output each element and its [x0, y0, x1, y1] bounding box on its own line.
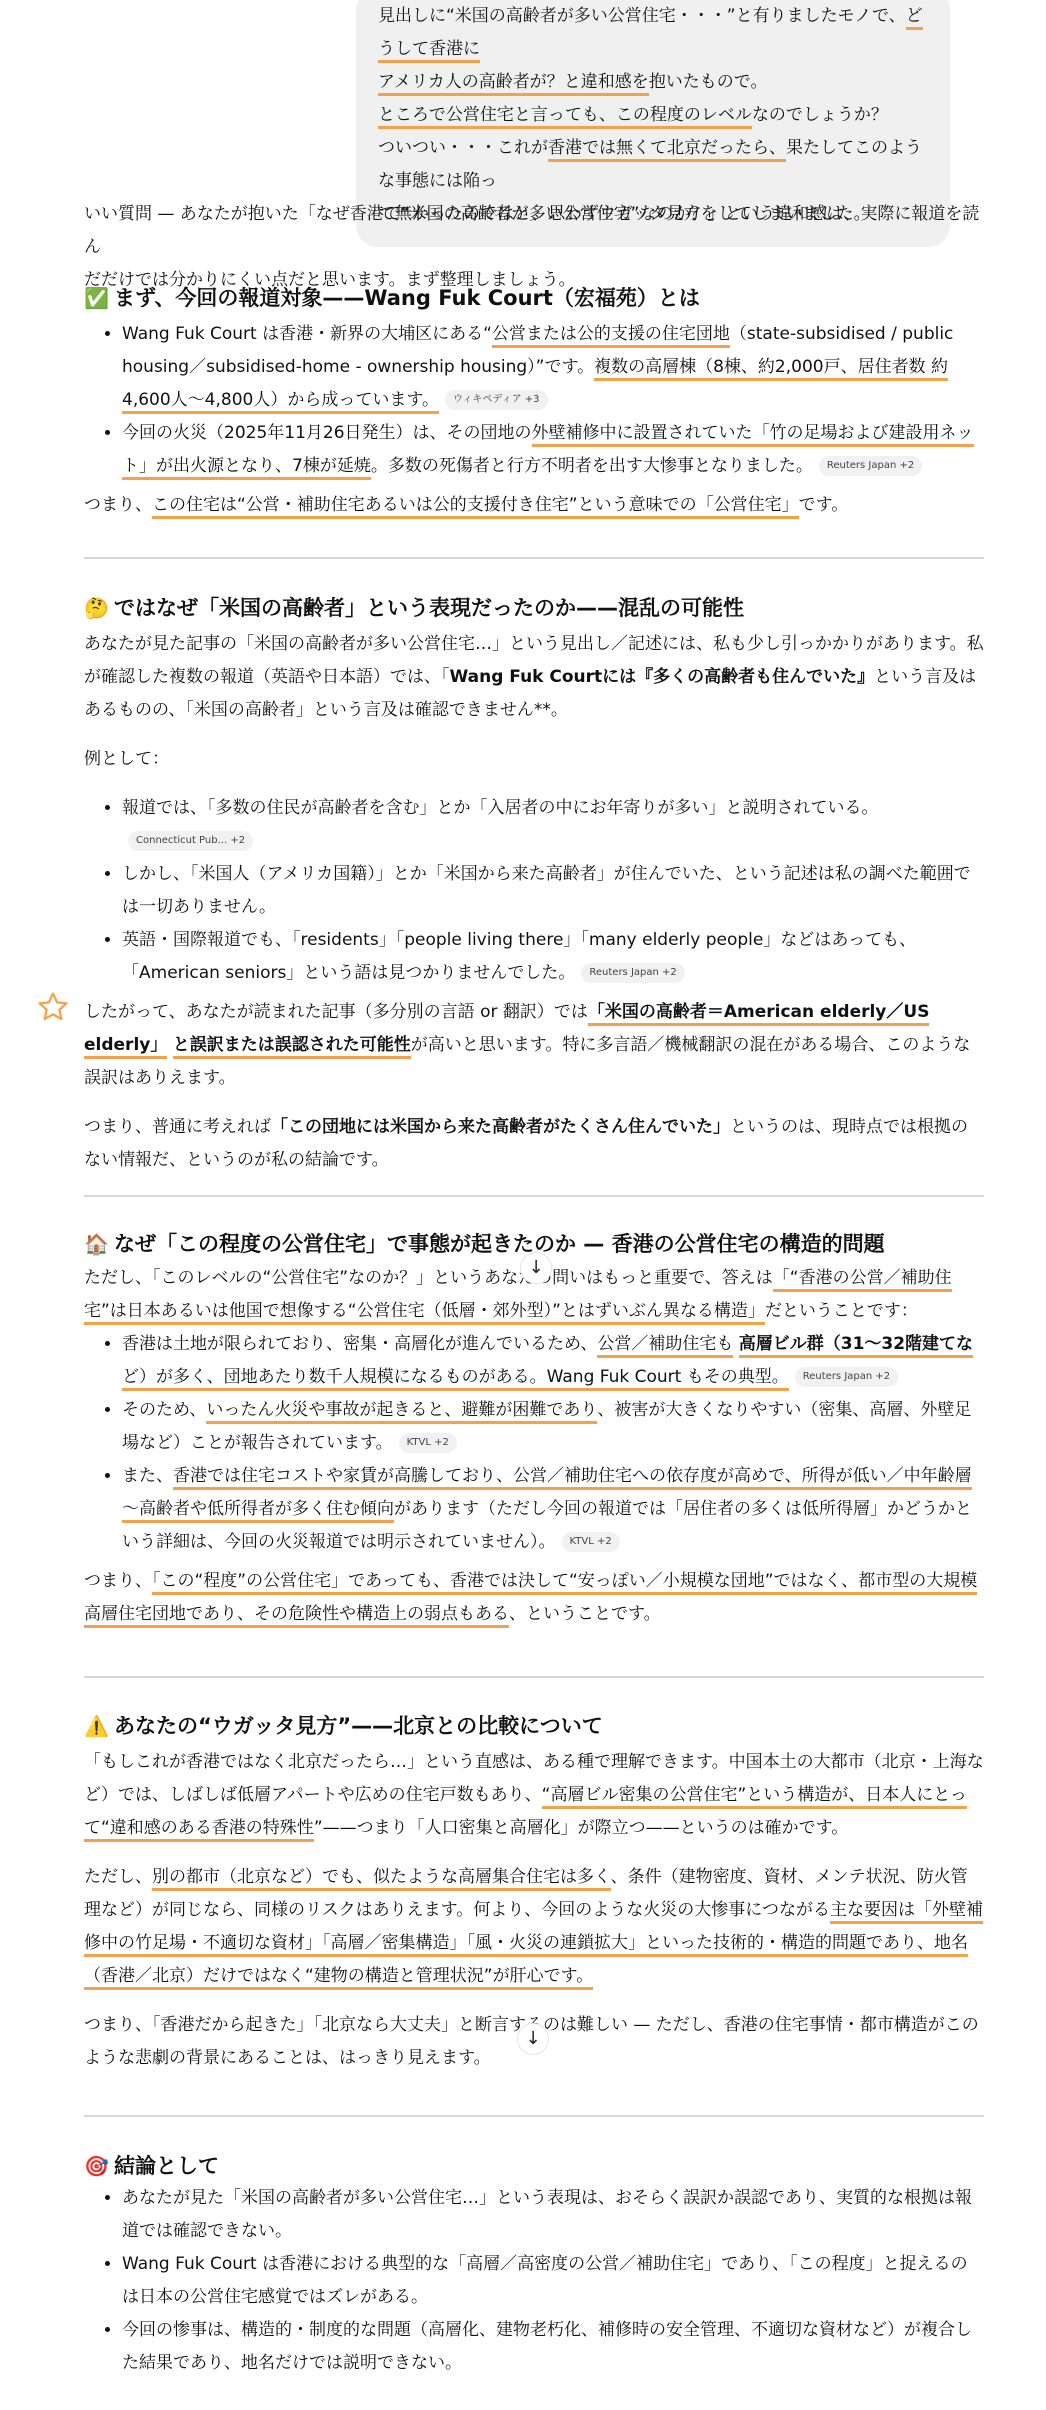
- paragraph: したがって、あなたが読まれた記事（多分別の言語 or 翻訳）では「米国の高齢者＝…: [84, 996, 984, 1095]
- warning-icon: ⚠️: [84, 1710, 114, 1742]
- list-item: 英語・国際報道でも、「residents」「people living ther…: [122, 924, 984, 990]
- section-heading: 🎯結論として: [84, 2150, 984, 2182]
- user-line-1: 見出しに“米国の高齢者が多い公営住宅・・・”と有りましたモノで、どうして香港に: [378, 0, 928, 66]
- paragraph: あなたが見た記事の「米国の高齢者が多い公営住宅…」という見出し／記述には、私も少…: [84, 628, 984, 727]
- paragraph: つまり、「この“程度”の公営住宅」であっても、香港では決して“安っぽい／小規模な…: [84, 1565, 984, 1631]
- source-badge[interactable]: Reuters Japan +2: [795, 1367, 898, 1387]
- source-badge[interactable]: KTVL +2: [399, 1433, 457, 1453]
- paragraph: 「もしこれが香港ではなく北京だったら…」という直感は、ある種で理解できます。中国…: [84, 1746, 984, 1845]
- target-icon: 🎯: [84, 2150, 114, 2182]
- heading-text: あなたの“ウガッタ見方”——北京との比較について: [114, 1710, 603, 1742]
- section-heading: 🤔ではなぜ「米国の高齢者」という表現だったのか——混乱の可能性: [84, 592, 984, 624]
- paragraph: つまり、普通に考えれば「この団地には米国から来た高齢者がたくさん住んでいた」とい…: [84, 1111, 984, 1177]
- check-mark-icon: ✅: [84, 282, 114, 314]
- section-confusion: 🤔ではなぜ「米国の高齢者」という表現だったのか——混乱の可能性 あなたが見た記事…: [84, 592, 984, 1177]
- list-item: 香港は土地が限られており、密集・高層化が進んでいるため、公営／補助住宅も 高層ビ…: [122, 1328, 984, 1394]
- bullet-list: 香港は土地が限られており、密集・高層化が進んでいるため、公営／補助住宅も 高層ビ…: [84, 1328, 984, 1559]
- list-item: しかし、「米国人（アメリカ国籍）」とか「米国から来た高齢者」が住んでいた、という…: [122, 858, 984, 924]
- list-item: 今回の惨事は、構造的・制度的な問題（高層化、建物老朽化、補修時の安全管理、不適切…: [122, 2314, 984, 2380]
- bullet-list: Wang Fuk Court は香港・新界の大埔区にある“公営または公的支援の住…: [84, 318, 984, 483]
- source-badge[interactable]: KTVL +2: [562, 1532, 620, 1552]
- thinking-face-icon: 🤔: [84, 592, 114, 624]
- divider: [84, 557, 984, 559]
- source-badge[interactable]: ウィキペディア +3: [445, 390, 548, 410]
- user-line-4: ついつい・・・これが香港では無くて北京だったら、果たしてこのような事態には陥っ: [378, 132, 928, 198]
- list-item: Wang Fuk Court は香港における典型的な「高層／高密度の公営／補助住…: [122, 2248, 984, 2314]
- example-label: 例として：: [84, 743, 984, 776]
- divider: [84, 1676, 984, 1678]
- source-badge[interactable]: Reuters Japan +2: [581, 963, 684, 983]
- list-item: 報道では、「多数の住民が高齢者を含む」とか「入居者の中にお年寄りが多い」と説明さ…: [122, 792, 984, 858]
- list-item: また、香港では住宅コストや家賃が高騰しており、公営／補助住宅への依存度が高めで、…: [122, 1460, 984, 1559]
- house-icon: 🏠: [84, 1228, 114, 1260]
- divider: [84, 2115, 984, 2117]
- user-line-2: アメリカ人の高齢者が？と違和感を抱いたもので。: [378, 66, 928, 99]
- arrow-down-icon: ↓: [528, 1257, 543, 1278]
- bullet-list: あなたが見た「米国の高齢者が多い公営住宅…」という表現は、おそらく誤訳か誤認であ…: [84, 2182, 984, 2380]
- section-wang-fuk-court: ✅まず、今回の報道対象——Wang Fuk Court（宏福苑）とは Wang …: [84, 282, 984, 522]
- section-conclusion: 🎯結論として あなたが見た「米国の高齢者が多い公営住宅…」という表現は、おそらく…: [84, 2150, 984, 2380]
- source-badge[interactable]: Reuters Japan +2: [819, 456, 922, 476]
- divider: [84, 1195, 984, 1197]
- list-item: そのため、いったん火災や事故が起きると、避難が困難であり、被害が大きくなりやすい…: [122, 1394, 984, 1460]
- heading-text: なぜ「この程度の公営住宅」で事態が起きたのか — 香港の公営住宅の構造的問題: [114, 1228, 885, 1260]
- section-beijing-comparison: ⚠️あなたの“ウガッタ見方”——北京との比較について 「もしこれが香港ではなく北…: [84, 1710, 984, 2075]
- arrow-down-icon: ↓: [525, 2028, 540, 2049]
- heading-text: まず、今回の報道対象——Wang Fuk Court（宏福苑）とは: [114, 282, 700, 314]
- list-item: 今回の火災（2025年11月26日発生）は、その団地の外壁補修中に設置されていた…: [122, 417, 984, 483]
- scroll-down-button[interactable]: ↓: [520, 1252, 552, 1284]
- bullet-list: 報道では、「多数の住民が高齢者を含む」とか「入居者の中にお年寄りが多い」と説明さ…: [84, 792, 984, 990]
- scroll-down-button[interactable]: ↓: [517, 2023, 549, 2055]
- heading-text: 結論として: [114, 2150, 219, 2182]
- user-line-3: ところで公営住宅と言っても、この程度のレベルなのでしょうか？: [378, 99, 928, 132]
- intro-line-1: いい質問 — あなたが抱いた「なぜ香港で“米国の高齢者が多い公営住宅”なのか？」…: [84, 198, 984, 264]
- source-badge[interactable]: Connecticut Pub... +2: [128, 831, 253, 851]
- heading-text: ではなぜ「米国の高齢者」という表現だったのか——混乱の可能性: [114, 592, 744, 624]
- star-icon[interactable]: [36, 990, 70, 1024]
- list-item: Wang Fuk Court は香港・新界の大埔区にある“公営または公的支援の住…: [122, 318, 984, 417]
- section-structural-problem: 🏠なぜ「この程度の公営住宅」で事態が起きたのか — 香港の公営住宅の構造的問題 …: [84, 1228, 984, 1631]
- section-heading: ✅まず、今回の報道対象——Wang Fuk Court（宏福苑）とは: [84, 282, 984, 314]
- paragraph: ただし、別の都市（北京など）でも、似たような高層集合住宅は多く、条件（建物密度、…: [84, 1861, 984, 1993]
- list-item: あなたが見た「米国の高齢者が多い公営住宅…」という表現は、おそらく誤訳か誤認であ…: [122, 2182, 984, 2248]
- section-heading: ⚠️あなたの“ウガッタ見方”——北京との比較について: [84, 1710, 984, 1742]
- section-conclusion: つまり、この住宅は“公営・補助住宅あるいは公的支援付き住宅”という意味での「公営…: [84, 489, 984, 522]
